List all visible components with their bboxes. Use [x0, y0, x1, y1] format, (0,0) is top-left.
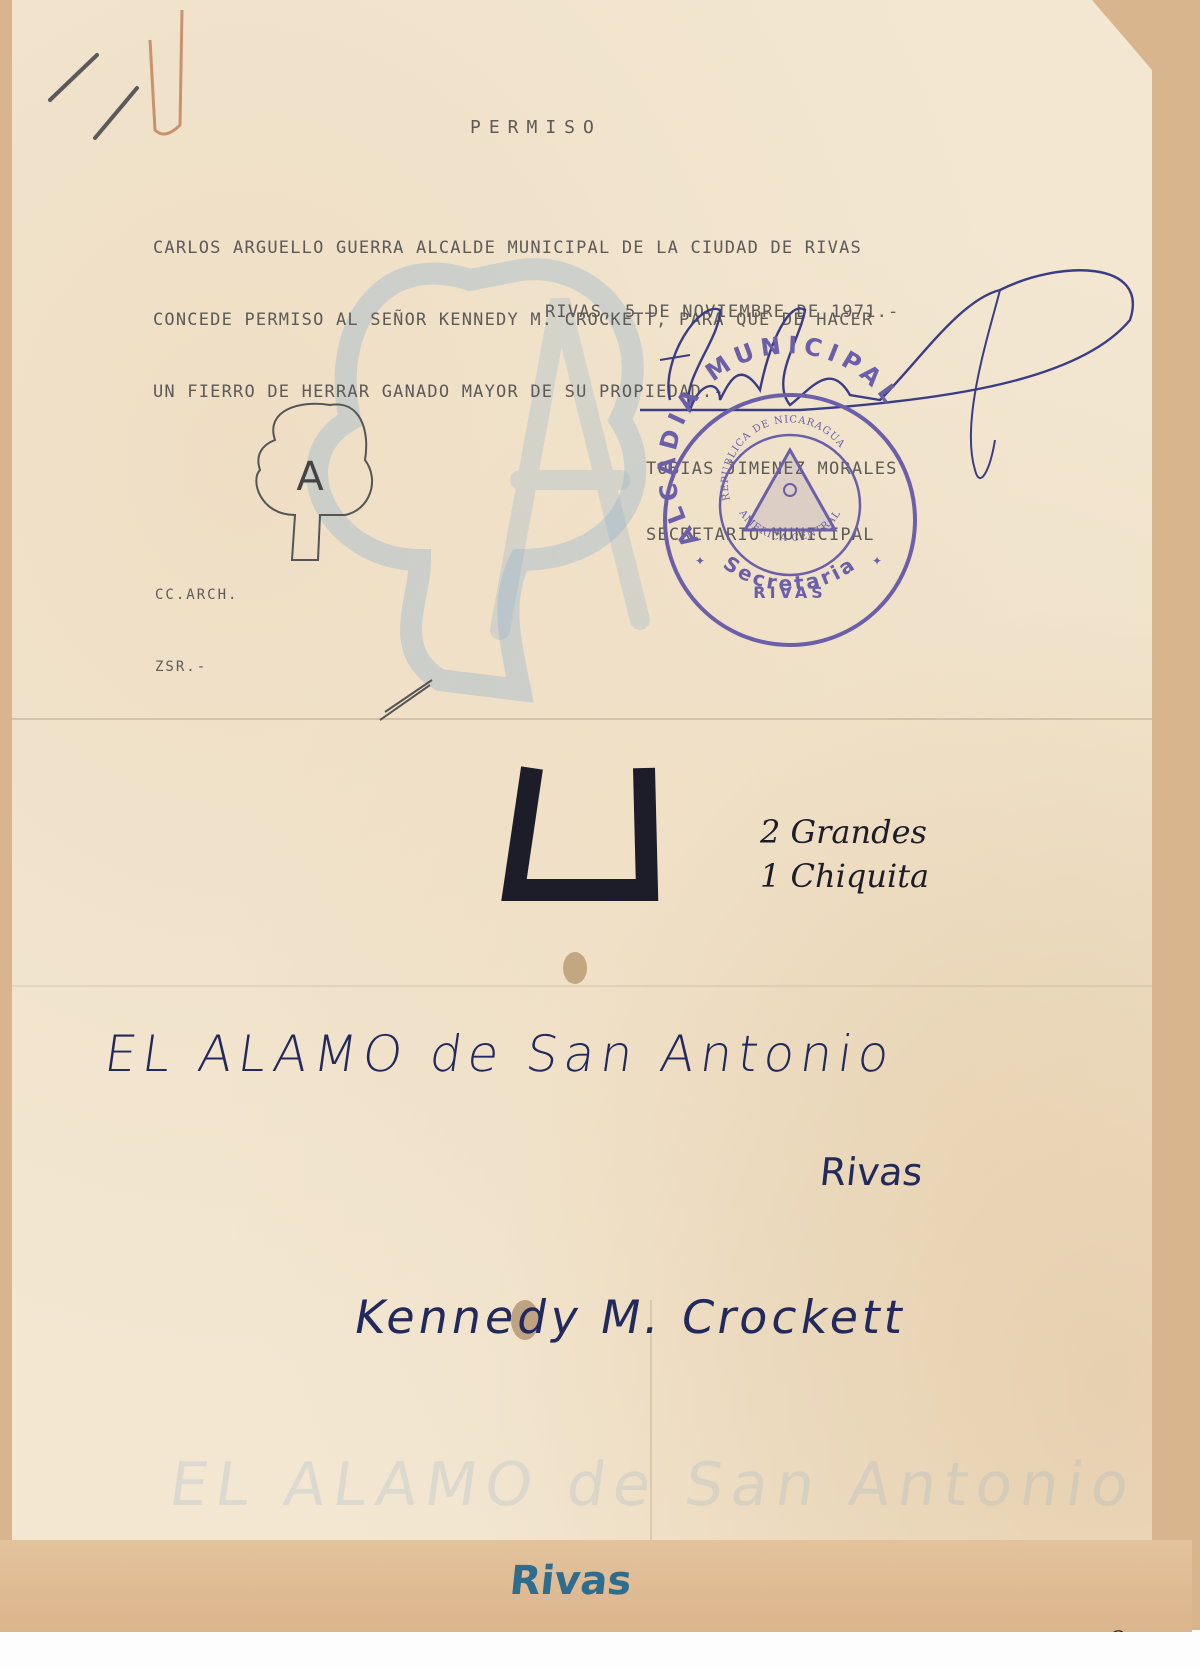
count-line: 2 Grandes: [760, 810, 929, 854]
bleed-through-text: EL ALAMO de San Antonio: [165, 1450, 1141, 1520]
ranch-name: EL ALAMO de San Antonio: [101, 1025, 899, 1083]
count-line: 1 Chiquita: [760, 854, 929, 898]
strip-label: Rivas: [508, 1558, 634, 1604]
scan-margin: [0, 1632, 1200, 1669]
brand-counts: 2 Grandes 1 Chiquita: [760, 810, 929, 898]
ranch-city: Rivas: [818, 1150, 925, 1194]
brand-bracket-mark: [0, 0, 1200, 1669]
owner-name: Kennedy M. Crockett: [350, 1290, 911, 1344]
